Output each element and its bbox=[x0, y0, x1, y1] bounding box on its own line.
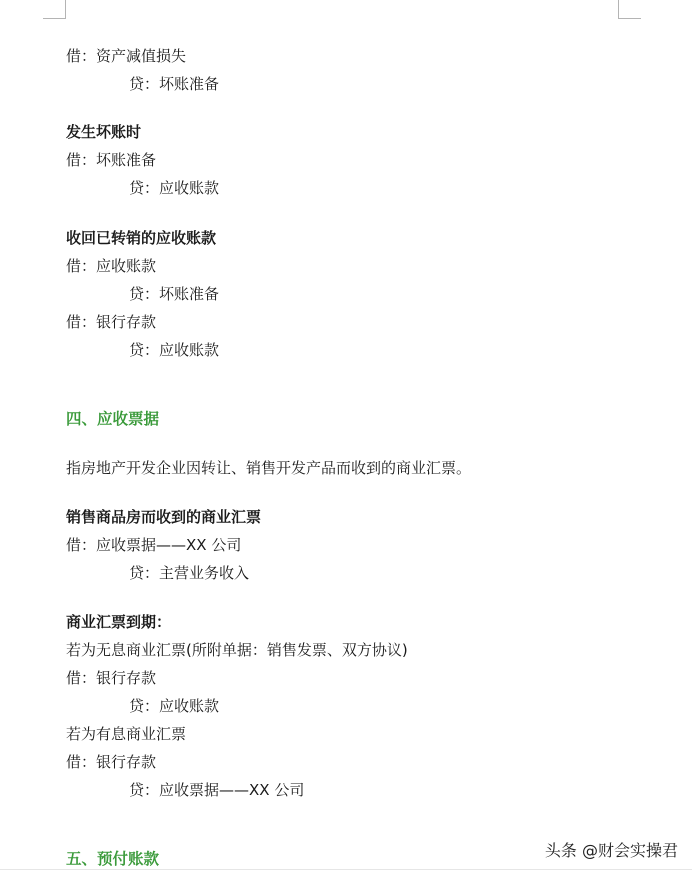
bottom-divider bbox=[0, 869, 692, 870]
subheading-bad-debt-occurs: 发生坏账时 bbox=[66, 122, 141, 142]
debit-entry: 借：资产减值损失 bbox=[66, 46, 186, 66]
paragraph-non-interest-draft: 若为无息商业汇票(所附单据：销售发票、双方协议) bbox=[66, 640, 408, 660]
credit-entry: 贷：应收票据——XX 公司 bbox=[129, 780, 304, 800]
section-heading-prepayments: 五、预付账款 bbox=[66, 849, 159, 869]
debit-entry: 借：银行存款 bbox=[66, 668, 156, 688]
debit-entry: 借：应收账款 bbox=[66, 256, 156, 276]
section-heading-notes-receivable: 四、应收票据 bbox=[66, 409, 159, 429]
credit-entry: 贷：应收账款 bbox=[129, 340, 219, 360]
debit-entry: 借：银行存款 bbox=[66, 312, 156, 332]
credit-entry: 贷：坏账准备 bbox=[129, 284, 219, 304]
paragraph-interest-draft: 若为有息商业汇票 bbox=[66, 724, 186, 744]
credit-entry: 贷：应收账款 bbox=[129, 178, 219, 198]
subheading-commercial-draft-received: 销售商品房而收到的商业汇票 bbox=[66, 507, 261, 527]
credit-entry: 贷：应收账款 bbox=[129, 696, 219, 716]
debit-entry: 借：银行存款 bbox=[66, 752, 156, 772]
debit-entry: 借：坏账准备 bbox=[66, 150, 156, 170]
subheading-recover-written-off: 收回已转销的应收账款 bbox=[66, 228, 216, 248]
page-corner-mark-right bbox=[618, 0, 641, 19]
subheading-draft-maturity: 商业汇票到期： bbox=[66, 612, 171, 632]
credit-entry: 贷：坏账准备 bbox=[129, 74, 219, 94]
credit-entry: 贷：主营业务收入 bbox=[129, 563, 249, 583]
page-corner-mark-left bbox=[43, 0, 66, 19]
watermark: 头条 @财会实操君 bbox=[545, 838, 678, 861]
paragraph-definition: 指房地产开发企业因转让、销售开发产品而收到的商业汇票。 bbox=[66, 458, 471, 478]
debit-entry: 借：应收票据——XX 公司 bbox=[66, 535, 241, 555]
